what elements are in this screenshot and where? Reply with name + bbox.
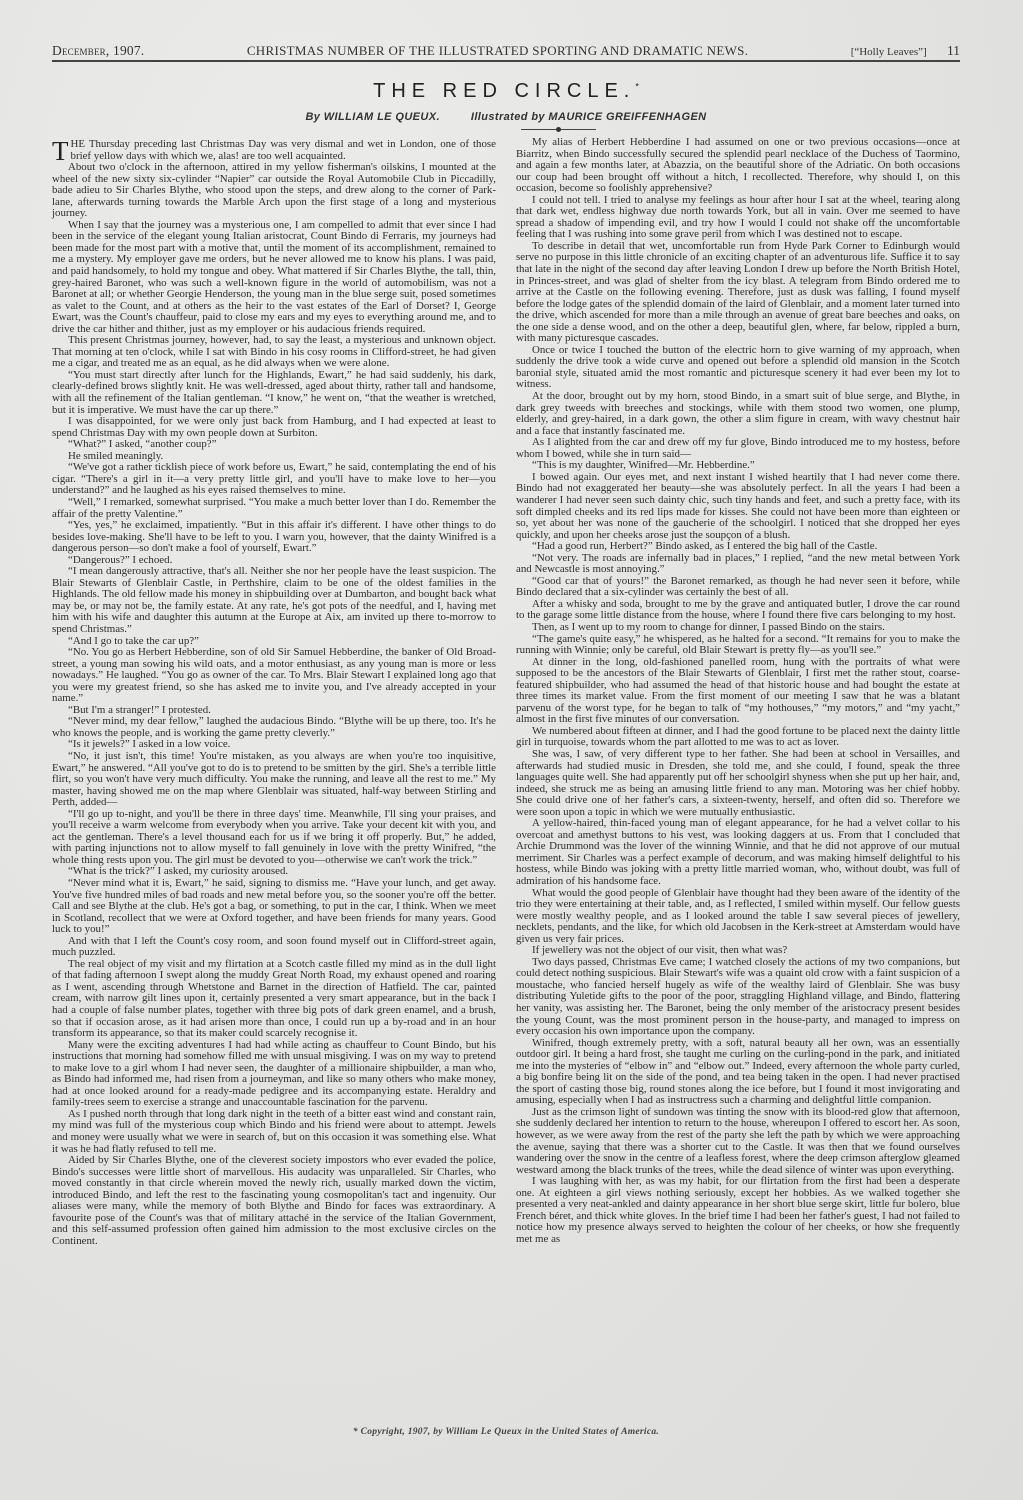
paragraph: My alias of Herbert Hebberdine I had ass… bbox=[516, 137, 960, 195]
paragraph: Two days passed, Christmas Eve came; I w… bbox=[516, 957, 960, 1038]
paragraph: “Not very. The roads are infernally bad … bbox=[516, 553, 960, 576]
publication-title: CHRISTMAS NUMBER OF THE ILLUSTRATED SPOR… bbox=[247, 43, 748, 59]
paragraph: At dinner in the long, old-fashioned pan… bbox=[516, 657, 960, 726]
article-title-text: THE RED CIRCLE. bbox=[373, 80, 635, 102]
paragraph: I was laughing with her, as was my habit… bbox=[516, 1176, 960, 1245]
paragraph: After a whisky and soda, brought to me b… bbox=[516, 599, 960, 622]
drop-cap: T bbox=[52, 140, 69, 162]
paragraph: Many were the exciting adventures I had … bbox=[52, 1040, 496, 1109]
paragraph: What would the good people of Glenblair … bbox=[516, 888, 960, 946]
paragraph: Aided by Sir Charles Blythe, one of the … bbox=[52, 1155, 496, 1247]
right-column: My alias of Herbert Hebberdine I had ass… bbox=[516, 137, 960, 1246]
paragraph: “I'll go up to-night, and you'll be ther… bbox=[52, 809, 496, 867]
section-label: [“Holly Leaves”] bbox=[851, 46, 927, 58]
paragraph: At the door, brought out by my horn, sto… bbox=[516, 391, 960, 437]
paragraph: As I pushed north through that long dark… bbox=[52, 1109, 496, 1155]
copyright-footnote: * Copyright, 1907, by William Le Queux i… bbox=[52, 1427, 960, 1437]
paragraph: As I alighted from the car and drew off … bbox=[516, 437, 960, 460]
paragraph: And with that I left the Count's cosy ro… bbox=[52, 936, 496, 959]
running-header: December, 1907. CHRISTMAS NUMBER OF THE … bbox=[52, 43, 960, 59]
title-divider bbox=[521, 129, 596, 130]
paragraph: About two o'clock in the afternoon, atti… bbox=[52, 162, 496, 220]
author-credit: By WILLIAM LE QUEUX. bbox=[305, 111, 440, 123]
paragraph: “No, it just isn't, this time! You're mi… bbox=[52, 751, 496, 809]
paragraph: “Yes, yes,” he exclaimed, impatiently. “… bbox=[52, 520, 496, 555]
paragraph: “I mean dangerously attractive, that's a… bbox=[52, 566, 496, 635]
byline: By WILLIAM LE QUEUX. Illustrated by MAUR… bbox=[52, 111, 960, 123]
issue-date: December, 1907. bbox=[52, 43, 144, 59]
left-column: THE Thursday preceding last Christmas Da… bbox=[52, 139, 496, 1248]
paragraph: “Never mind, my dear fellow,” laughed th… bbox=[52, 716, 496, 739]
paragraph: “Good car that of yours!” the Baronet re… bbox=[516, 576, 960, 599]
paragraph: When I say that the journey was a myster… bbox=[52, 220, 496, 335]
paragraph: Once or twice I touched the button of th… bbox=[516, 345, 960, 391]
page-number: 11 bbox=[947, 43, 960, 58]
paragraph: THE Thursday preceding last Christmas Da… bbox=[52, 139, 496, 162]
paragraph: Then, as I went up to my room to change … bbox=[516, 622, 960, 634]
paragraph: “Never mind what it is, Ewart,” he said,… bbox=[52, 878, 496, 936]
paragraph: “No. You go as Herbert Hebberdine, son o… bbox=[52, 647, 496, 705]
paragraph: “Had a good run, Herbert?” Bindo asked, … bbox=[516, 541, 960, 553]
header-rule bbox=[52, 60, 960, 62]
paragraph: To describe in detail that wet, uncomfor… bbox=[516, 241, 960, 345]
paragraph: “You must start directly after lunch for… bbox=[52, 370, 496, 416]
paragraph: “The game's quite easy,” he whispered, a… bbox=[516, 634, 960, 657]
paragraph: She was, I saw, of very different type t… bbox=[516, 749, 960, 818]
paragraph: I was disappointed, for we were only jus… bbox=[52, 416, 496, 439]
paragraph: I bowed again. Our eyes met, and next in… bbox=[516, 472, 960, 541]
article-title: THE RED CIRCLE.* bbox=[52, 80, 960, 103]
paragraph: This present Christmas journey, however,… bbox=[52, 335, 496, 370]
magazine-page: December, 1907. CHRISTMAS NUMBER OF THE … bbox=[52, 0, 960, 1500]
paragraph: Just as the crimson light of sundown was… bbox=[516, 1107, 960, 1176]
paragraph: “Well,” I remarked, somewhat surprised. … bbox=[52, 497, 496, 520]
copyright-marker: * bbox=[635, 81, 639, 91]
paragraph: The real object of my visit and my flirt… bbox=[52, 959, 496, 1040]
paragraph: A yellow-haired, thin-faced young man of… bbox=[516, 818, 960, 887]
illustrator-credit: Illustrated by MAURICE GREIFFENHAGEN bbox=[471, 111, 707, 123]
paragraph: Winifred, though extremely pretty, with … bbox=[516, 1038, 960, 1107]
paragraph: We numbered about fifteen at dinner, and… bbox=[516, 726, 960, 749]
paragraph: “We've got a rather ticklish piece of wo… bbox=[52, 462, 496, 497]
paragraph: I could not tell. I tried to analyse my … bbox=[516, 195, 960, 241]
